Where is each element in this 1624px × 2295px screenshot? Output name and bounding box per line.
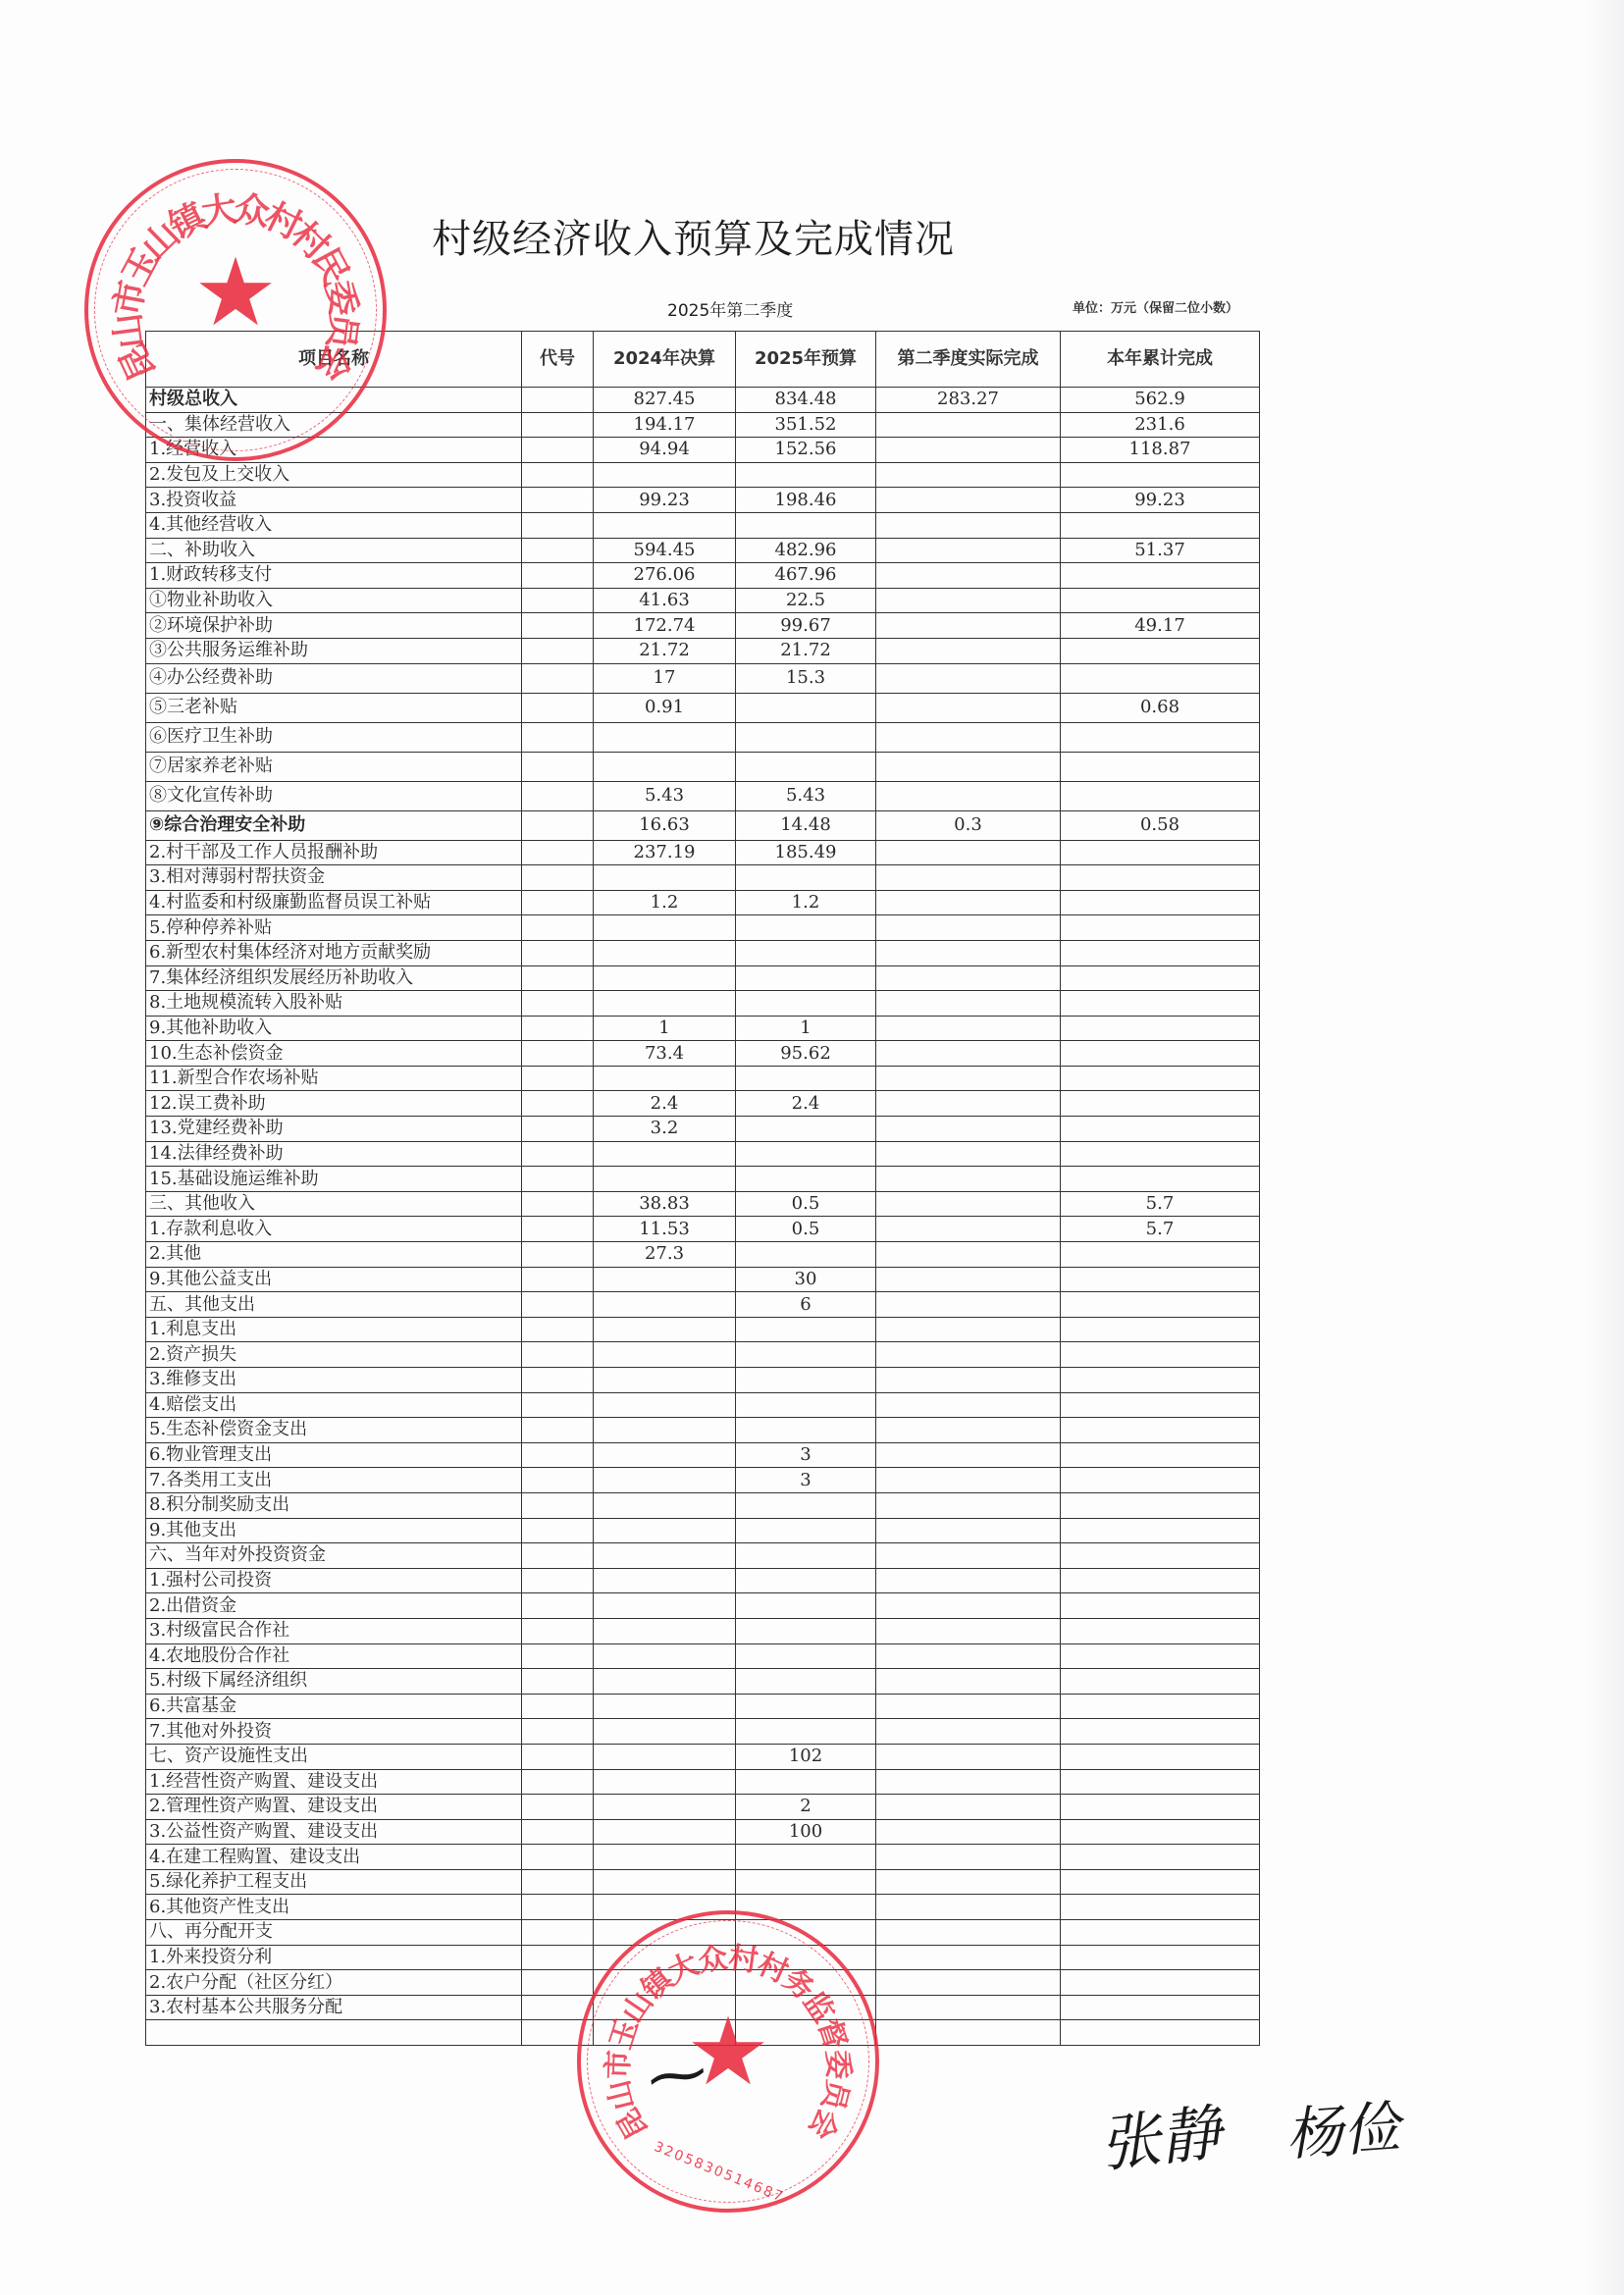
cell-y2024: [594, 1141, 736, 1167]
table-row: 9.其他公益支出30: [146, 1267, 1260, 1292]
cell-ytd: [1061, 1618, 1260, 1643]
cell-code: [522, 462, 594, 488]
cell-ytd: [1061, 1016, 1260, 1041]
cell-q2: [876, 1945, 1061, 1970]
cell-y2024: [594, 1492, 736, 1518]
stamp-code: 3205830514687: [652, 2139, 786, 2206]
cell-name: 15.基础设施运维补助: [146, 1167, 522, 1192]
cell-q2: [876, 1643, 1061, 1669]
cell-code: [522, 1895, 594, 1920]
cell-code: [522, 840, 594, 865]
cell-q2: [876, 1091, 1061, 1117]
table-row: 4.其他经营收入: [146, 512, 1260, 538]
cell-code: [522, 1845, 594, 1870]
table-row: 1.财政转移支付276.06467.96: [146, 563, 1260, 589]
table-row: 1.利息支出: [146, 1317, 1260, 1342]
cell-q2: [876, 1342, 1061, 1368]
cell-code: [522, 1643, 594, 1669]
cell-name: 村级总收入: [146, 388, 522, 413]
cell-q2: [876, 488, 1061, 513]
cell-y2025: [736, 1618, 876, 1643]
header-item-name: 项目名称: [146, 332, 522, 388]
stamp-char: 委: [316, 276, 372, 320]
table-row: 六、当年对外投资资金: [146, 1543, 1260, 1569]
cell-y2024: 2.4: [594, 1091, 736, 1117]
stamp-char: 山: [129, 208, 188, 269]
cell-q2: [876, 1492, 1061, 1518]
table-row: 9.其他支出: [146, 1518, 1260, 1543]
cell-name: ⑨综合治理安全补助: [146, 810, 522, 840]
cell-q2: [876, 1066, 1061, 1091]
cell-y2024: 17: [594, 663, 736, 693]
table-row: 4.村监委和村级廉勤监督员误工补贴1.21.2: [146, 890, 1260, 915]
cell-code: [522, 1945, 594, 1970]
cell-ytd: [1061, 1795, 1260, 1820]
cell-name: 2.发包及上交收入: [146, 462, 522, 488]
report-period: 2025年第二季度: [667, 296, 793, 321]
cell-y2024: 827.45: [594, 388, 736, 413]
cell-y2024: 237.19: [594, 840, 736, 865]
table-row: ⑦居家养老补贴: [146, 752, 1260, 781]
cell-y2024: [594, 965, 736, 991]
cell-q2: [876, 915, 1061, 941]
stamp-char: 山: [594, 2076, 643, 2115]
cell-ytd: [1061, 1819, 1260, 1845]
table-row: 1.存款利息收入11.530.55.7: [146, 1217, 1260, 1242]
table-row: ⑤三老补贴0.910.68: [146, 693, 1260, 722]
cell-code: [522, 1568, 594, 1593]
cell-name: 3.公益性资产购置、建设支出: [146, 1819, 522, 1845]
cell-y2025: [736, 1593, 876, 1619]
cell-code: [522, 1920, 594, 1946]
cell-name: ⑤三老补贴: [146, 693, 522, 722]
cell-q2: [876, 1895, 1061, 1920]
cell-y2025: [736, 1719, 876, 1745]
cell-y2025: 1.2: [736, 890, 876, 915]
cell-name: 4.其他经营收入: [146, 512, 522, 538]
cell-q2: [876, 1242, 1061, 1268]
cell-ytd: [1061, 1643, 1260, 1669]
cell-y2024: [594, 722, 736, 752]
table-row: 5.绿化养护工程支出: [146, 1869, 1260, 1895]
cell-name: 9.其他支出: [146, 1518, 522, 1543]
cell-q2: [876, 752, 1061, 781]
cell-code: [522, 1117, 594, 1142]
cell-y2025: 2.4: [736, 1091, 876, 1117]
table-row: 6.其他资产性支出: [146, 1895, 1260, 1920]
cell-code: [522, 438, 594, 463]
table-row: ⑥医疗卫生补助: [146, 722, 1260, 752]
cell-ytd: [1061, 462, 1260, 488]
cell-code: [522, 1995, 594, 2020]
cell-ytd: 5.7: [1061, 1191, 1260, 1217]
cell-ytd: [1061, 1593, 1260, 1619]
cell-y2024: [594, 1869, 736, 1895]
cell-y2024: [594, 1618, 736, 1643]
cell-y2025: [736, 462, 876, 488]
stamp-char: 民: [302, 238, 363, 293]
cell-ytd: [1061, 865, 1260, 891]
cell-q2: 0.3: [876, 810, 1061, 840]
cell-q2: [876, 722, 1061, 752]
cell-y2024: [594, 1995, 736, 2020]
cell-name: 6.物业管理支出: [146, 1442, 522, 1468]
cell-q2: [876, 1845, 1061, 1870]
cell-y2025: 102: [736, 1744, 876, 1769]
cell-q2: [876, 965, 1061, 991]
cell-name: 13.党建经费补助: [146, 1117, 522, 1142]
signature-in-stamp: ⁓: [643, 2037, 710, 2113]
cell-code: [522, 563, 594, 589]
table-row: 5.停种停养补贴: [146, 915, 1260, 941]
cell-y2024: [594, 1920, 736, 1946]
cell-code: [522, 1970, 594, 1996]
table-row: 2.资产损失: [146, 1342, 1260, 1368]
cell-name: 2.资产损失: [146, 1342, 522, 1368]
table-body: 村级总收入827.45834.48283.27562.9一、集体经营收入194.…: [146, 388, 1260, 2046]
cell-y2024: [594, 1945, 736, 1970]
cell-code: [522, 1694, 594, 1719]
table-row: 9.其他补助收入11: [146, 1016, 1260, 1041]
cell-y2025: 467.96: [736, 563, 876, 589]
cell-name: 10.生态补偿资金: [146, 1041, 522, 1067]
cell-code: [522, 1368, 594, 1393]
table-row: 2.发包及上交收入: [146, 462, 1260, 488]
cell-y2025: [736, 915, 876, 941]
cell-code: [522, 1719, 594, 1745]
cell-y2025: [736, 1945, 876, 1970]
cell-y2024: 3.2: [594, 1117, 736, 1142]
cell-q2: [876, 840, 1061, 865]
cell-y2024: [594, 991, 736, 1017]
table-row: 3.公益性资产购置、建设支出100: [146, 1819, 1260, 1845]
header-q2-actual: 第二季度实际完成: [876, 332, 1061, 388]
cell-q2: [876, 438, 1061, 463]
cell-ytd: 562.9: [1061, 388, 1260, 413]
unit-note: 单位：万元（保留二位小数）: [1073, 297, 1238, 316]
table-row: ②环境保护补助172.7499.6749.17: [146, 613, 1260, 639]
cell-code: [522, 1869, 594, 1895]
table-row: ④办公经费补助1715.3: [146, 663, 1260, 693]
cell-name: 7.各类用工支出: [146, 1468, 522, 1493]
cell-y2025: 22.5: [736, 588, 876, 613]
cell-code: [522, 810, 594, 840]
cell-q2: [876, 693, 1061, 722]
cell-code: [522, 1518, 594, 1543]
cell-code: [522, 412, 594, 438]
cell-code: [522, 1217, 594, 1242]
cell-code: [522, 1418, 594, 1443]
table-row: ①物业补助收入41.6322.5: [146, 588, 1260, 613]
cell-code: [522, 1618, 594, 1643]
cell-ytd: [1061, 940, 1260, 965]
table-row: 8.土地规模流转入股补贴: [146, 991, 1260, 1017]
cell-code: [522, 1744, 594, 1769]
cell-y2024: [594, 512, 736, 538]
table-row: 二、补助收入594.45482.9651.37: [146, 538, 1260, 563]
table-row: 4.在建工程购置、建设支出: [146, 1845, 1260, 1870]
cell-ytd: 5.7: [1061, 1217, 1260, 1242]
table-row: 12.误工费补助2.42.4: [146, 1091, 1260, 1117]
cell-y2024: [594, 940, 736, 965]
cell-code: [522, 1468, 594, 1493]
cell-name: 六、当年对外投资资金: [146, 1543, 522, 1569]
cell-y2025: [736, 1869, 876, 1895]
cell-y2025: [736, 1167, 876, 1192]
cell-ytd: [1061, 588, 1260, 613]
header-2025-budget: 2025年预算: [736, 332, 876, 388]
cell-q2: [876, 1418, 1061, 1443]
cell-name: 6.新型农村集体经济对地方贡献奖励: [146, 940, 522, 965]
cell-ytd: [1061, 1669, 1260, 1695]
cell-name: ③公共服务运维补助: [146, 638, 522, 663]
cell-ytd: [1061, 1945, 1260, 1970]
cell-name: 3.农村基本公共服务分配: [146, 1995, 522, 2020]
cell-q2: [876, 1970, 1061, 1996]
cell-y2024: [594, 1342, 736, 1368]
cell-y2025: [736, 722, 876, 752]
cell-y2024: [594, 1593, 736, 1619]
cell-name: 2.农户分配（社区分红）: [146, 1970, 522, 1996]
cell-y2025: 99.67: [736, 613, 876, 639]
cell-name: 9.其他补助收入: [146, 1016, 522, 1041]
cell-q2: [876, 1920, 1061, 1946]
cell-y2024: 27.3: [594, 1242, 736, 1268]
cell-q2: [876, 940, 1061, 965]
cell-ytd: [1061, 991, 1260, 1017]
cell-code: [522, 781, 594, 810]
cell-y2025: 14.48: [736, 810, 876, 840]
cell-code: [522, 1492, 594, 1518]
cell-y2024: [594, 1442, 736, 1468]
cell-name: ⑧文化宣传补助: [146, 781, 522, 810]
cell-q2: [876, 1593, 1061, 1619]
cell-y2025: 30: [736, 1267, 876, 1292]
cell-q2: [876, 1368, 1061, 1393]
cell-ytd: 0.58: [1061, 810, 1260, 840]
stamp-char: 玉: [108, 238, 169, 293]
cell-code: [522, 965, 594, 991]
cell-y2024: [594, 1769, 736, 1795]
cell-ytd: [1061, 965, 1260, 991]
cell-y2025: 0.5: [736, 1217, 876, 1242]
cell-ytd: [1061, 1568, 1260, 1593]
cell-code: [522, 613, 594, 639]
cell-y2024: [594, 1819, 736, 1845]
table-row: 7.其他对外投资: [146, 1719, 1260, 1745]
cell-ytd: [1061, 890, 1260, 915]
cell-ytd: [1061, 1141, 1260, 1167]
cell-name: 1.利息支出: [146, 1317, 522, 1342]
table-row: 2.出借资金: [146, 1593, 1260, 1619]
header-code: 代号: [522, 332, 594, 388]
cell-q2: [876, 1719, 1061, 1745]
cell-code: [522, 588, 594, 613]
cell-y2025: [736, 1242, 876, 1268]
cell-name: 4.村监委和村级廉勤监督员误工补贴: [146, 890, 522, 915]
cell-q2: [876, 663, 1061, 693]
cell-y2025: [736, 693, 876, 722]
cell-y2025: [736, 1769, 876, 1795]
cell-y2025: [736, 940, 876, 965]
cell-y2024: [594, 1845, 736, 1870]
cell-name: 二、补助收入: [146, 538, 522, 563]
cell-y2024: 0.91: [594, 693, 736, 722]
cell-y2024: 594.45: [594, 538, 736, 563]
table-row: 3.维修支出: [146, 1368, 1260, 1393]
stamp-char: 众: [232, 182, 274, 236]
cell-y2025: [736, 1643, 876, 1669]
cell-q2: [876, 412, 1061, 438]
cell-code: [522, 1242, 594, 1268]
cell-name: 八、再分配开支: [146, 1920, 522, 1946]
cell-y2024: 94.94: [594, 438, 736, 463]
cell-y2025: 21.72: [736, 638, 876, 663]
cell-y2024: [594, 1643, 736, 1669]
cell-q2: [876, 1744, 1061, 1769]
cell-name: 2.管理性资产购置、建设支出: [146, 1795, 522, 1820]
cell-code: [522, 388, 594, 413]
cell-y2024: 21.72: [594, 638, 736, 663]
cell-name: 一、集体经营收入: [146, 412, 522, 438]
cell-code: [522, 1292, 594, 1318]
cell-q2: [876, 865, 1061, 891]
cell-y2024: 16.63: [594, 810, 736, 840]
cell-name: ①物业补助收入: [146, 588, 522, 613]
cell-code: [522, 752, 594, 781]
cell-ytd: [1061, 1744, 1260, 1769]
table-row: 3.农村基本公共服务分配: [146, 1995, 1260, 2020]
table-row: 七、资产设施性支出102: [146, 1744, 1260, 1769]
cell-y2024: [594, 1317, 736, 1342]
cell-ytd: [1061, 2020, 1260, 2046]
cell-q2: [876, 1117, 1061, 1142]
cell-name: 4.在建工程购置、建设支出: [146, 1845, 522, 1870]
cell-y2025: [736, 512, 876, 538]
cell-name: ②环境保护补助: [146, 613, 522, 639]
cell-y2024: [594, 1719, 736, 1745]
cell-name: 2.其他: [146, 1242, 522, 1268]
cell-ytd: [1061, 1368, 1260, 1393]
cell-y2024: [594, 1167, 736, 1192]
cell-q2: [876, 1468, 1061, 1493]
cell-y2024: [594, 1066, 736, 1091]
table-row: 7.集体经济组织发展经历补助收入: [146, 965, 1260, 991]
cell-q2: [876, 991, 1061, 1017]
cell-ytd: [1061, 722, 1260, 752]
cell-code: [522, 1795, 594, 1820]
table-row: 6.共富基金: [146, 1694, 1260, 1719]
cell-name: 3.相对薄弱村帮扶资金: [146, 865, 522, 891]
cell-ytd: [1061, 1066, 1260, 1091]
cell-y2025: 1: [736, 1016, 876, 1041]
cell-y2025: 0.5: [736, 1191, 876, 1217]
cell-code: [522, 512, 594, 538]
cell-y2024: [594, 1795, 736, 1820]
cell-y2025: [736, 1317, 876, 1342]
cell-code: [522, 2020, 594, 2046]
cell-q2: [876, 613, 1061, 639]
cell-code: [522, 1819, 594, 1845]
cell-y2024: 194.17: [594, 412, 736, 438]
cell-code: [522, 1317, 594, 1342]
cell-q2: [876, 1292, 1061, 1318]
cell-q2: [876, 1041, 1061, 1067]
cell-y2024: 41.63: [594, 588, 736, 613]
cell-code: [522, 890, 594, 915]
cell-ytd: [1061, 1392, 1260, 1418]
cell-name: ⑥医疗卫生补助: [146, 722, 522, 752]
stamp-char: 员: [813, 2076, 863, 2115]
cell-ytd: [1061, 1117, 1260, 1142]
cell-code: [522, 488, 594, 513]
cell-name: 6.其他资产性支出: [146, 1895, 522, 1920]
table-row: 14.法律经费补助: [146, 1141, 1260, 1167]
cell-y2025: [736, 1117, 876, 1142]
cell-name: 3.投资收益: [146, 488, 522, 513]
cell-name: 8.积分制奖励支出: [146, 1492, 522, 1518]
cell-y2024: [594, 1292, 736, 1318]
table-row: 1.外来投资分利: [146, 1945, 1260, 1970]
cell-name: 1.外来投资分利: [146, 1945, 522, 1970]
cell-code: [522, 1066, 594, 1091]
cell-ytd: [1061, 1242, 1260, 1268]
table-row: 5.村级下属经济组织: [146, 1669, 1260, 1695]
cell-name: 6.共富基金: [146, 1694, 522, 1719]
cell-ytd: [1061, 1418, 1260, 1443]
cell-y2024: [594, 1368, 736, 1393]
cell-y2025: [736, 752, 876, 781]
cell-y2024: 38.83: [594, 1191, 736, 1217]
cell-q2: [876, 462, 1061, 488]
cell-code: [522, 638, 594, 663]
cell-name: 5.生态补偿资金支出: [146, 1418, 522, 1443]
cell-y2025: 100: [736, 1819, 876, 1845]
cell-y2024: [594, 1970, 736, 1996]
cell-ytd: [1061, 1317, 1260, 1342]
stamp-char: 会: [800, 2102, 852, 2149]
cell-y2024: [594, 1267, 736, 1292]
cell-q2: [876, 1317, 1061, 1342]
cell-ytd: [1061, 1694, 1260, 1719]
cell-code: [522, 722, 594, 752]
cell-q2: [876, 588, 1061, 613]
cell-name: 11.新型合作农场补贴: [146, 1066, 522, 1091]
cell-q2: [876, 1267, 1061, 1292]
cell-name: 5.绿化养护工程支出: [146, 1869, 522, 1895]
cell-q2: [876, 1869, 1061, 1895]
cell-y2025: 834.48: [736, 388, 876, 413]
stamp-char: 市: [100, 276, 156, 320]
cell-ytd: [1061, 840, 1260, 865]
cell-y2025: [736, 1392, 876, 1418]
cell-y2025: [736, 1492, 876, 1518]
cell-name: 4.赔偿支出: [146, 1392, 522, 1418]
table-row: 10.生态补偿资金73.495.62: [146, 1041, 1260, 1067]
cell-y2024: [594, 462, 736, 488]
cell-ytd: 49.17: [1061, 613, 1260, 639]
cell-code: [522, 1016, 594, 1041]
table-row: 13.党建经费补助3.2: [146, 1117, 1260, 1142]
cell-ytd: 51.37: [1061, 538, 1260, 563]
cell-ytd: [1061, 1995, 1260, 2020]
table-row: ⑧文化宣传补助5.435.43: [146, 781, 1260, 810]
cell-y2025: [736, 1669, 876, 1695]
cell-name: 3.维修支出: [146, 1368, 522, 1393]
cell-y2025: [736, 965, 876, 991]
cell-y2024: [594, 1669, 736, 1695]
cell-ytd: [1061, 1518, 1260, 1543]
